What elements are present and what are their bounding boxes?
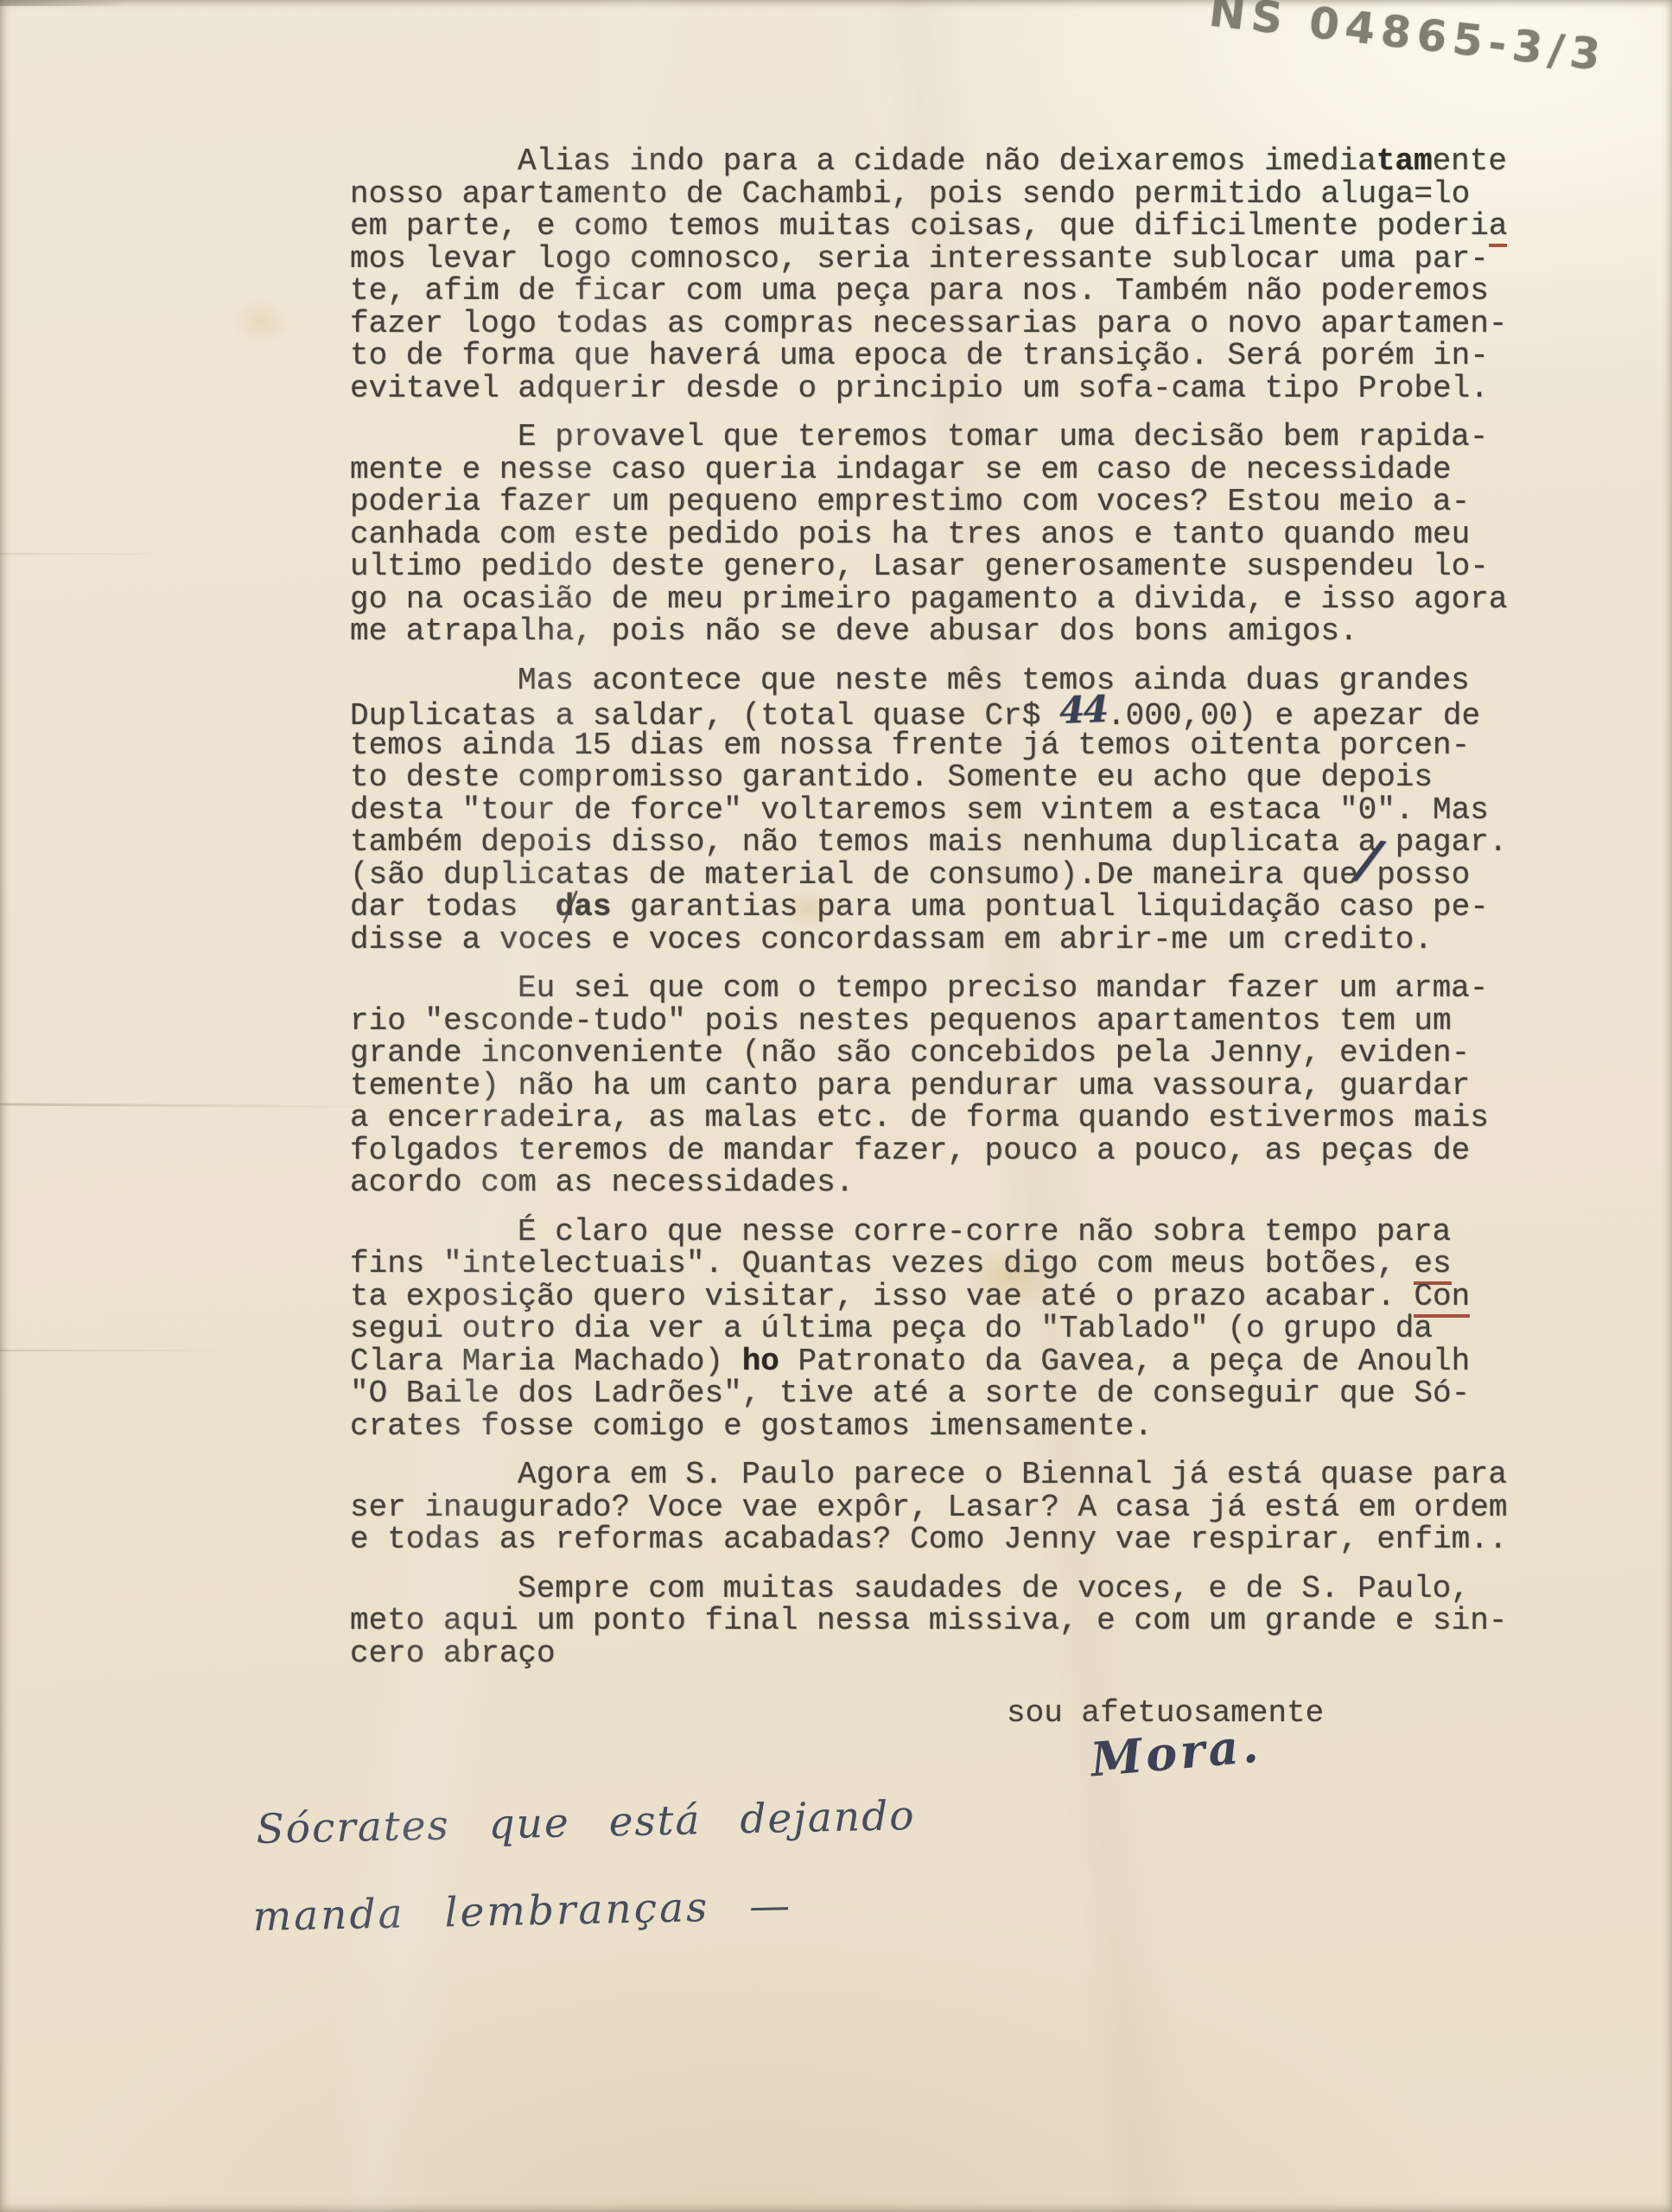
handwritten-postscript: Sócrates que está dejandomanda lembrança… bbox=[256, 1792, 919, 1980]
ink-annotation: 44 bbox=[1059, 694, 1107, 728]
letter-page: NS 04865-3/3 Alias indo para a cidade nã… bbox=[0, 0, 1672, 2212]
letter-line: meto aqui um ponto final nessa missiva, … bbox=[350, 1605, 1507, 1637]
letter-line: folgados teremos de mandar fazer, pouco … bbox=[350, 1135, 1507, 1167]
letter-line: Eu sei que com o tempo preciso mandar fa… bbox=[350, 972, 1507, 1005]
letter-line: (são duplicatas de material de consumo).… bbox=[350, 859, 1507, 892]
letter-line: crates fosse comigo e gostamos imensamen… bbox=[350, 1410, 1507, 1443]
paragraph: Alias indo para a cidade não deixaremos … bbox=[350, 145, 1507, 404]
postscript-line: manda lembranças — bbox=[252, 1879, 918, 1941]
paragraph: Mas acontece que neste mês temos ainda d… bbox=[350, 664, 1507, 957]
letter-line: dar todas das garantias para uma pontual… bbox=[350, 891, 1507, 924]
letter-line: ser inaugurado? Voce vae expôr, Lasar? A… bbox=[350, 1491, 1507, 1524]
ink-annotation: das bbox=[556, 889, 612, 925]
scan-edge-artifact bbox=[0, 0, 130, 6]
letter-line: evitavel adquerir desde o principio um s… bbox=[350, 372, 1507, 405]
letter-line: segui outro dia ver a última peça do "Ta… bbox=[350, 1313, 1507, 1345]
letter-line: Agora em S. Paulo parece o Biennal já es… bbox=[350, 1459, 1507, 1491]
ink-annotation: tam bbox=[1376, 143, 1433, 179]
letter-line: cero abraço bbox=[350, 1637, 1507, 1670]
letter-line: Sempre com muitas saudades de voces, e d… bbox=[350, 1573, 1507, 1605]
letter-line: canhada com este pedido pois ha tres ano… bbox=[350, 518, 1507, 551]
ink-annotation: ho bbox=[742, 1344, 779, 1379]
paragraph: Eu sei que com o tempo preciso mandar fa… bbox=[350, 972, 1507, 1199]
letter-line: Mas acontece que neste mês temos ainda d… bbox=[350, 664, 1507, 697]
paper-crease bbox=[0, 1350, 233, 1351]
archive-code-pencil-note: NS 04865-3/3 bbox=[1206, 0, 1672, 88]
letter-line: "O Baile dos Ladrões", tive até a sorte … bbox=[350, 1377, 1507, 1410]
letter-line: fazer logo todas as compras necessarias … bbox=[350, 308, 1507, 340]
typed-letter-body: Alias indo para a cidade não deixaremos … bbox=[350, 145, 1507, 1686]
letter-line: mente e nesse caso queria indagar se em … bbox=[350, 454, 1507, 486]
letter-line: fins "intelectuais". Quantas vezes digo … bbox=[350, 1248, 1507, 1281]
letter-line: ultimo pedido deste genero, Lasar genero… bbox=[350, 550, 1507, 583]
letter-line: temente) não ha um canto para pendurar u… bbox=[350, 1070, 1507, 1103]
letter-line: to deste compromisso garantido. Somente … bbox=[350, 761, 1507, 794]
ink-annotation: posso bbox=[1376, 857, 1470, 893]
letter-line: rio "esconde-tudo" pois nestes pequenos … bbox=[350, 1005, 1507, 1038]
letter-line: te, afim de ficar com uma peça para nos.… bbox=[350, 275, 1507, 308]
letter-line: E provavel que teremos tomar uma decisão… bbox=[350, 421, 1507, 454]
letter-line: grande inconveniente (não são concebidos… bbox=[350, 1037, 1507, 1070]
paper-crease bbox=[0, 553, 173, 555]
paragraph: É claro que nesse corre-corre não sobra … bbox=[350, 1216, 1507, 1443]
paper-crease bbox=[0, 1103, 372, 1108]
paragraph: Sempre com muitas saudades de voces, e d… bbox=[350, 1573, 1507, 1670]
letter-line: também depois disso, não temos mais nenh… bbox=[350, 826, 1507, 859]
letter-line: go na ocasião de meu primeiro pagamento … bbox=[350, 583, 1507, 616]
letter-line: ta exposição quero visitar, isso vae até… bbox=[350, 1281, 1507, 1313]
letter-line: Alias indo para a cidade não deixaremos … bbox=[350, 145, 1507, 178]
letter-line: to de forma que haverá uma epoca de tran… bbox=[350, 340, 1507, 372]
letter-line: me atrapalha, pois não se deve abusar do… bbox=[350, 615, 1507, 648]
letter-line: Duplicatas a saldar, (total quase Cr$ 44… bbox=[350, 696, 1507, 729]
postscript-line: Sócrates que está dejando bbox=[256, 1792, 916, 1853]
letter-line: e todas as reformas acabadas? Como Jenny… bbox=[350, 1523, 1507, 1556]
paragraph: Agora em S. Paulo parece o Biennal já es… bbox=[350, 1459, 1507, 1556]
letter-line: temos ainda 15 dias em nossa frente já t… bbox=[350, 729, 1507, 762]
letter-line: nosso apartamento de Cachambi, pois send… bbox=[350, 178, 1507, 211]
letter-line: É claro que nesse corre-corre não sobra … bbox=[350, 1216, 1507, 1249]
letter-line: mos levar logo comnosco, seria interessa… bbox=[350, 243, 1507, 276]
letter-line: Clara Maria Machado) ho Patronato da Gav… bbox=[350, 1345, 1507, 1378]
letter-line: em parte, e como temos muitas coisas, qu… bbox=[350, 210, 1507, 243]
letter-line: poderia fazer um pequeno emprestimo com … bbox=[350, 486, 1507, 518]
letter-line: desta "tour de force" voltaremos sem vin… bbox=[350, 794, 1507, 827]
letter-line: disse a voces e voces concordassam em ab… bbox=[350, 924, 1507, 957]
letter-line: acordo com as necessidades. bbox=[350, 1166, 1507, 1199]
letter-line: a encerradeira, as malas etc. de forma q… bbox=[350, 1102, 1507, 1135]
paragraph: E provavel que teremos tomar uma decisão… bbox=[350, 421, 1507, 648]
ink-annotation: a bbox=[1489, 208, 1508, 247]
